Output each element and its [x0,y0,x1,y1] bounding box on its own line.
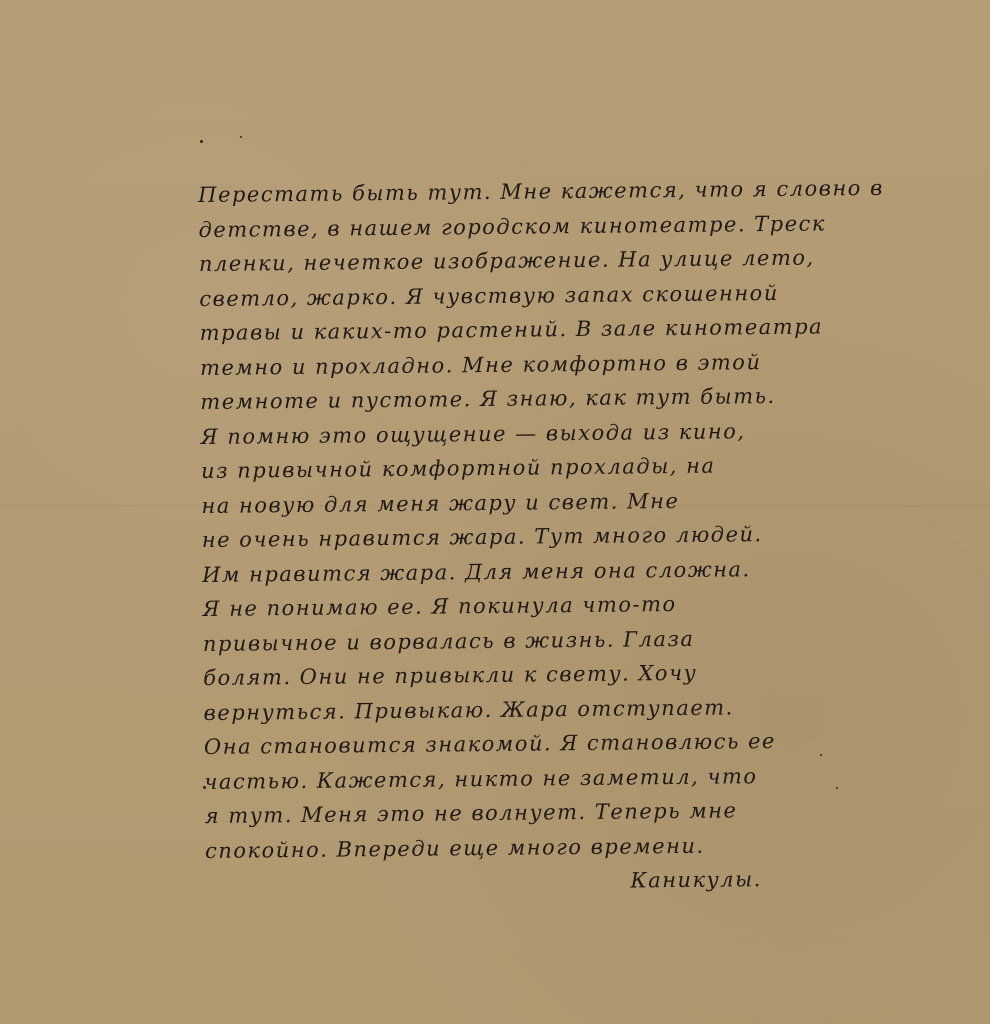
ink-speck [240,136,242,138]
letter-line: частью. Кажется, никто не заметил, что [204,758,854,799]
letter-closing-word: Каникулы. [205,861,855,902]
ink-speck [200,140,203,143]
letter-line: темноте и пустоте. Я знаю, как тут быть. [200,378,850,419]
letter-line: не очень нравится жара. Тут много людей. [202,516,852,557]
handwritten-letter: Перестать быть тут. Мне кажется, что я с… [198,171,856,902]
